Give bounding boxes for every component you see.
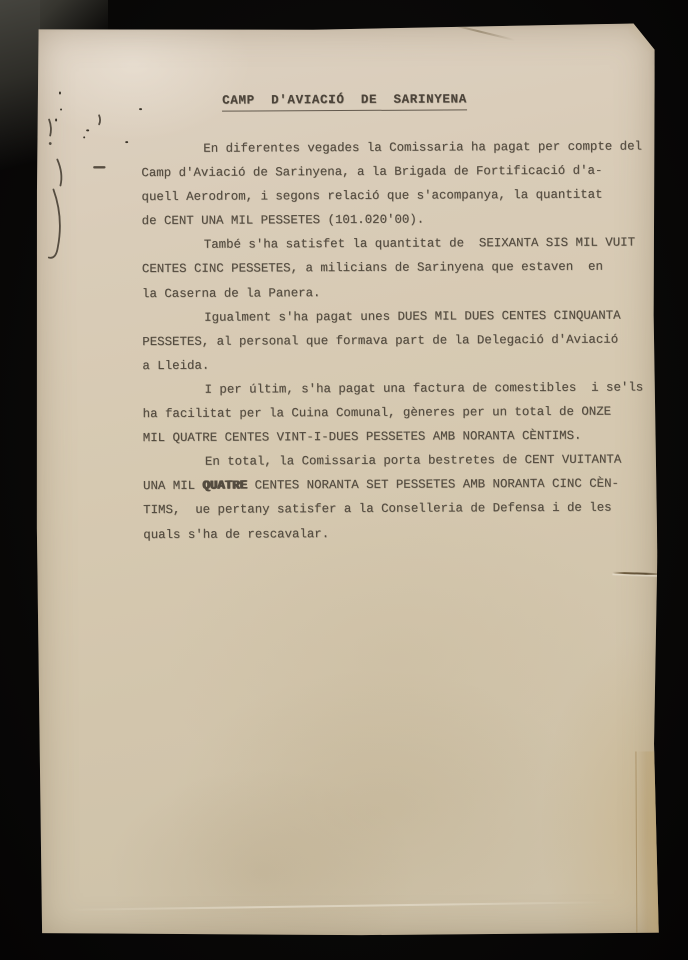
ink-speck <box>55 119 57 122</box>
typewritten-line: de CENT UNA MIL PESSETES (101.020'00). <box>142 207 656 234</box>
paper-sheet: CAMP D'AVIACIÓ DE SARINYENA En diferente… <box>34 23 660 938</box>
typewritten-line: Camp d'Aviació de Sarinyena, a la Brigad… <box>141 158 655 185</box>
corner-fold-mark <box>629 23 655 51</box>
top-crease-mark <box>443 22 515 41</box>
typewritten-line: I per últim, s'ha pagat una factura de c… <box>142 375 656 402</box>
ink-speck <box>125 141 128 143</box>
typewritten-line: En total, la Comissaria porta bestretes … <box>143 448 657 475</box>
typewritten-line: En diferentes vegades la Comissaria ha p… <box>141 134 655 161</box>
typewritten-line: ha facilitat per la Cuina Comunal, gèner… <box>143 399 657 426</box>
document-title: CAMP D'AVIACIÓ DE SARINYENA <box>34 91 655 112</box>
overstruck-word: QUATRE <box>202 479 247 493</box>
typewritten-line: També s'ha satisfet la quantitat de SEIX… <box>142 231 656 258</box>
bottom-crease-mark <box>66 901 606 911</box>
ink-speck <box>83 136 85 138</box>
typewritten-line: CENTES CINC PESSETES, a milicians de Sar… <box>142 255 656 282</box>
typewritten-line: TIMS, ue pertany satisfer a la Conseller… <box>143 496 657 523</box>
typewritten-line: la Caserna de la Panera. <box>142 279 656 306</box>
backdrop-frame-corner-left <box>0 0 40 170</box>
typewritten-line: Igualment s'ha pagat unes DUES MIL DUES … <box>142 303 656 330</box>
typewritten-line: PESSETES, al personal que formava part d… <box>142 327 656 354</box>
right-edge-fold <box>635 751 659 937</box>
paper-tear-crack <box>612 572 660 576</box>
typewritten-line: quals s'ha de rescavalar. <box>143 520 657 547</box>
scanned-photo: { "document": { "title": "CAMP D'AVIACIÓ… <box>0 0 688 960</box>
typewritten-line: a Lleida. <box>142 351 656 378</box>
document-body: En diferentes vegades la Comissaria ha p… <box>141 134 657 546</box>
ink-speck <box>86 129 89 131</box>
typewritten-line: MIL QUATRE CENTES VINT-I-DUES PESSETES A… <box>143 424 657 451</box>
document-title-text: CAMP D'AVIACIÓ DE SARINYENA <box>222 92 467 111</box>
typewritten-line: quell Aerodrom, i segons relació que s'a… <box>141 183 655 210</box>
typewritten-line: UNA MIL QUATRE CENTES NORANTA SET PESSET… <box>143 472 657 499</box>
